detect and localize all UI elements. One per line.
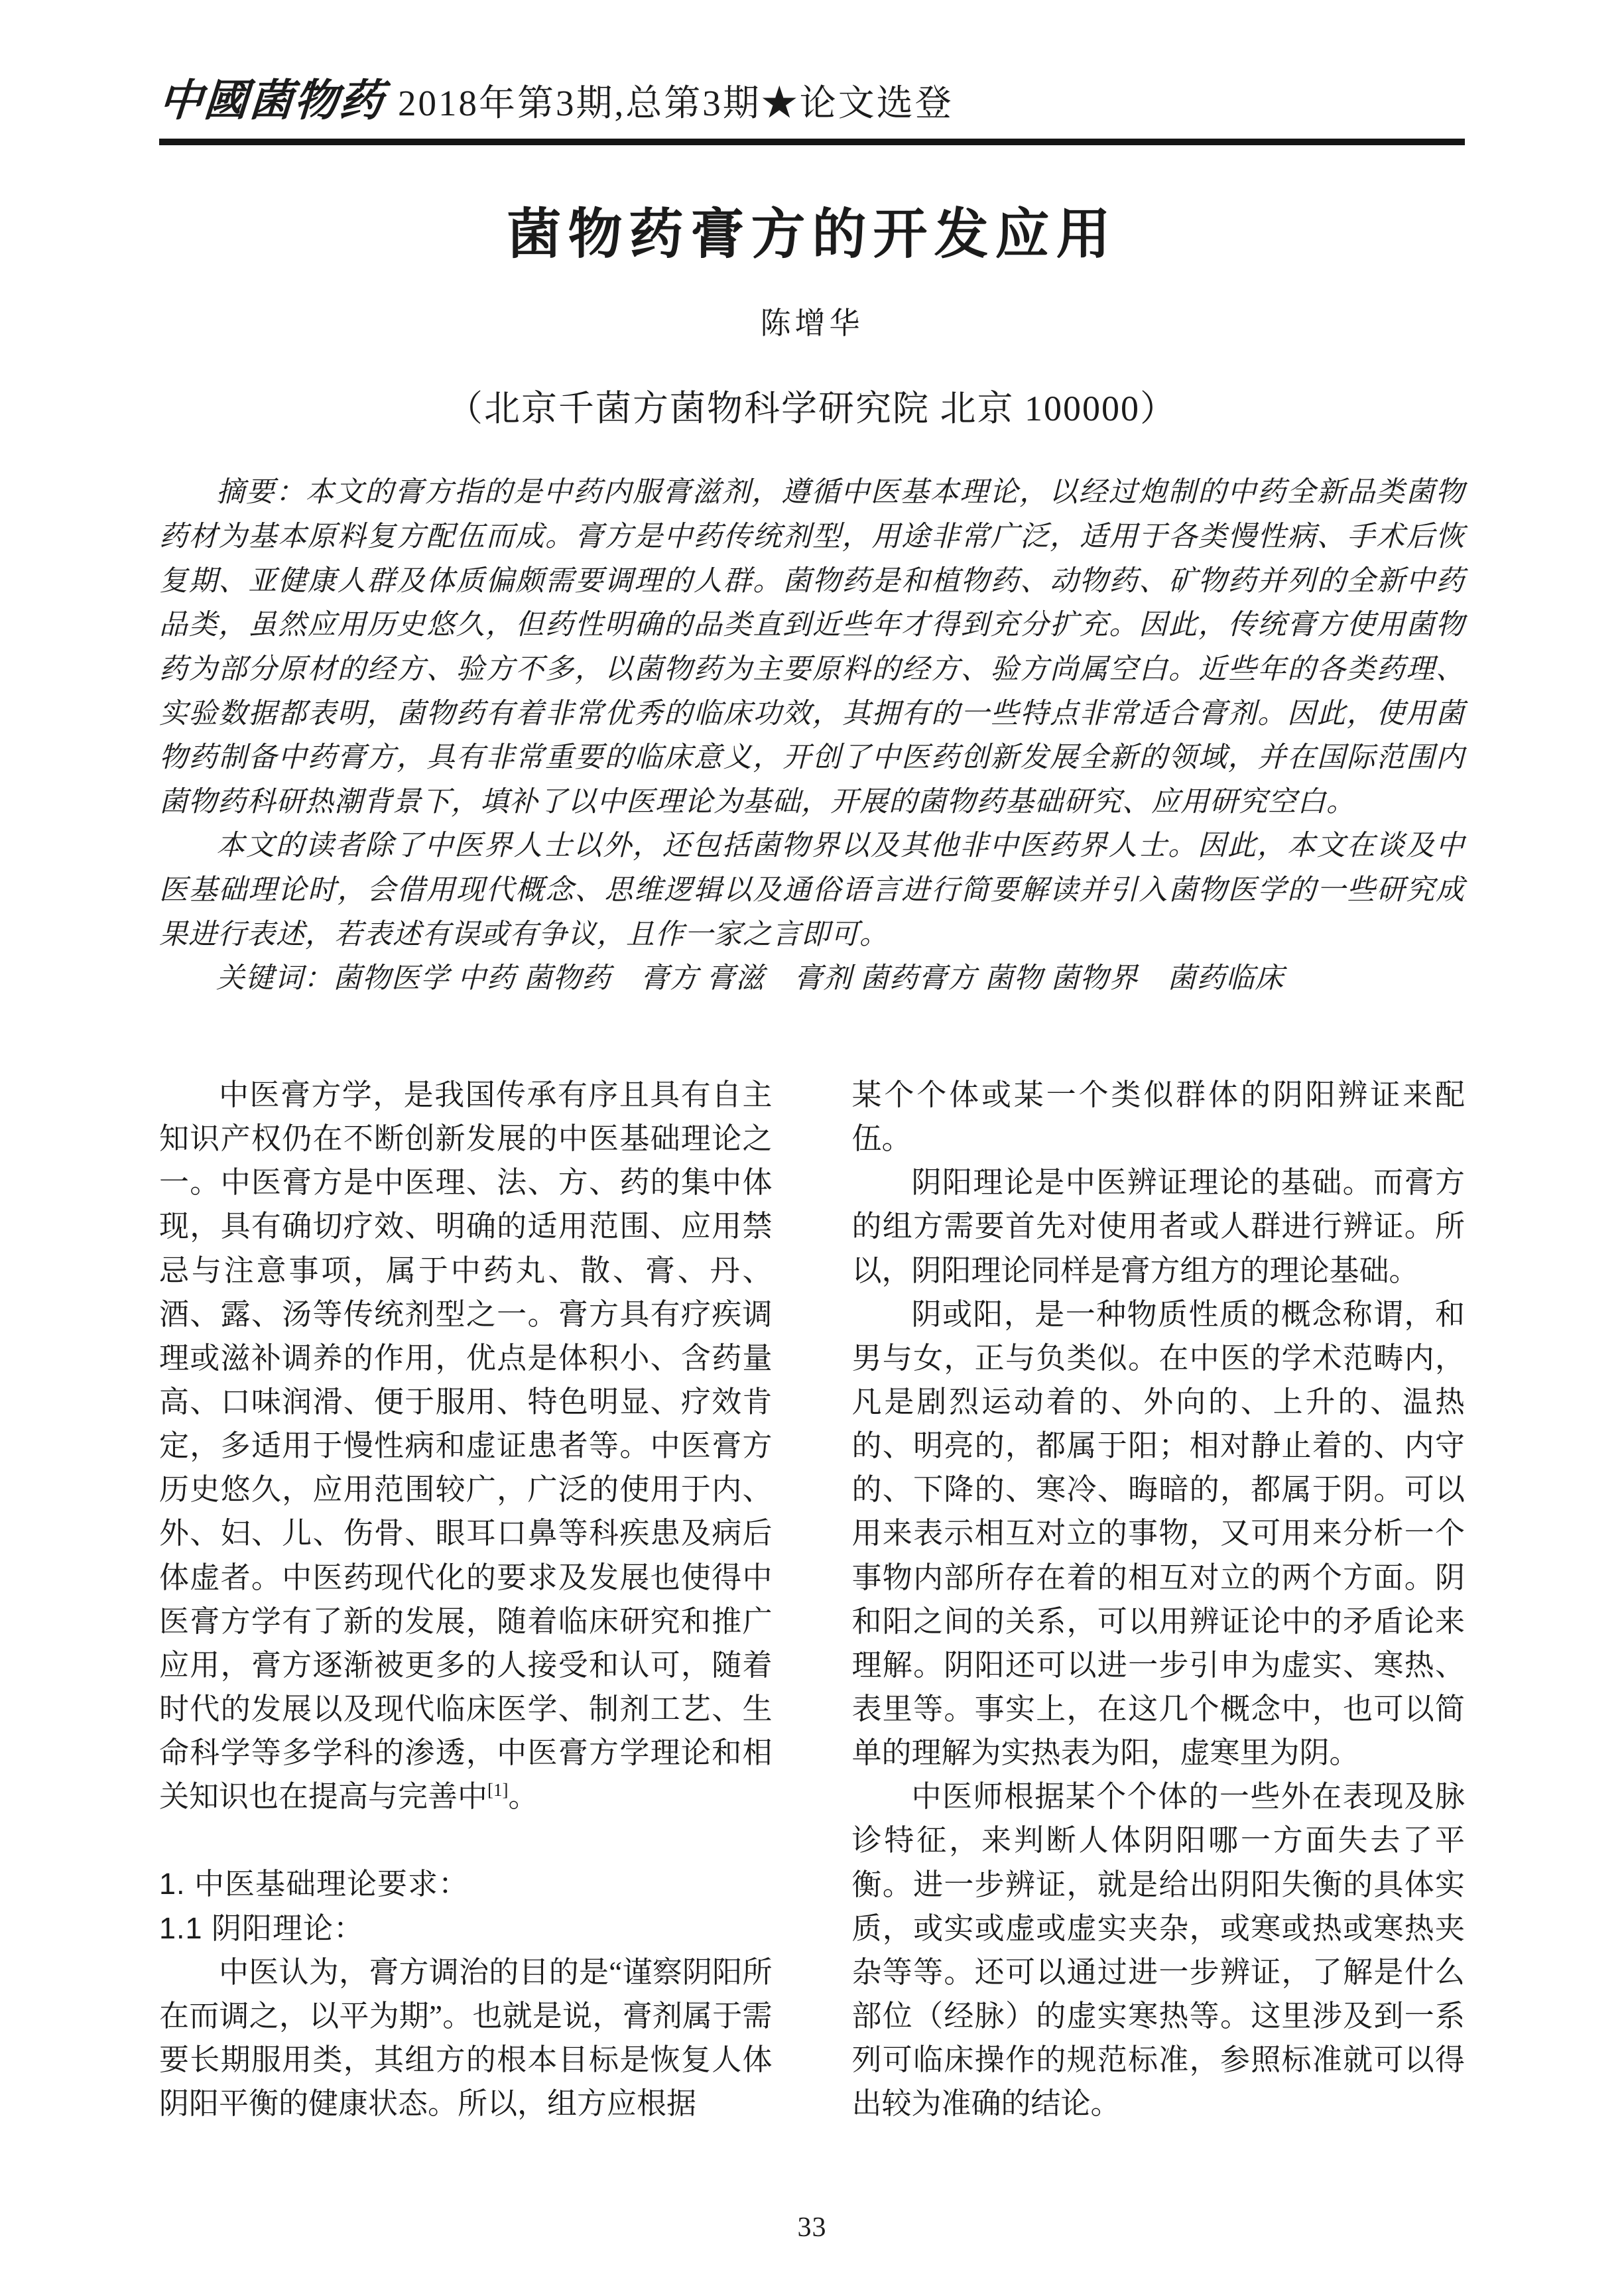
right-paragraph-1: 某个个体或某一个类似群体的阴阳辨证来配伍。 xyxy=(852,1073,1466,1161)
article-title: 菌物药膏方的开发应用 xyxy=(159,204,1465,266)
journal-issue-info: 2018年第3期,总第3期★论文选登 xyxy=(398,74,954,126)
left-paragraph-1-end: 。 xyxy=(509,1780,538,1813)
journal-header: 中國菌物药 2018年第3期,总第3期★论文选登 xyxy=(159,65,1465,145)
section-heading-1: 1. 中医基础理论要求： xyxy=(159,1862,773,1906)
page-footer: 33 xyxy=(0,2212,1624,2244)
left-column: 中医膏方学，是我国传承有序且具有自主知识产权仍在不断创新发展的中医基础理论之一。… xyxy=(159,1073,773,2125)
abstract-text-1: 本文的膏方指的是中药内服膏滋剂，遵循中医基本理论，以经过炮制的中药全新品类菌物药… xyxy=(159,477,1465,817)
section-heading-1-1: 1.1 阴阳理论： xyxy=(159,1907,773,1950)
reference-mark-1: [1] xyxy=(487,1780,508,1800)
keywords-line: 关键词：菌物医学 中药 菌物药 膏方 膏滋 膏剂 菌药膏方 菌物 菌物界 菌药临… xyxy=(159,957,1465,1001)
article-author: 陈增华 xyxy=(159,299,1465,343)
journal-page: 中國菌物药 2018年第3期,总第3期★论文选登 菌物药膏方的开发应用 陈增华 … xyxy=(0,0,1624,2278)
right-paragraph-4: 中医师根据某个个体的一些外在表现及脉诊特征，来判断人体阴阳哪一方面失去了平衡。进… xyxy=(852,1775,1466,2125)
abstract-paragraph-1: 摘要：本文的膏方指的是中药内服膏滋剂，遵循中医基本理论，以经过炮制的中药全新品类… xyxy=(159,471,1465,824)
right-paragraph-2: 阴阳理论是中医辨证理论的基础。而膏方的组方需要首先对使用者或人群进行辨证。所以，… xyxy=(852,1161,1466,1292)
page-number: 33 xyxy=(798,2212,827,2243)
left-paragraph-1: 中医膏方学，是我国传承有序且具有自主知识产权仍在不断创新发展的中医基础理论之一。… xyxy=(159,1073,773,1818)
body-columns: 中医膏方学，是我国传承有序且具有自主知识产权仍在不断创新发展的中医基础理论之一。… xyxy=(159,1073,1465,2125)
keywords-text: 菌物医学 中药 菌物药 膏方 膏滋 膏剂 菌药膏方 菌物 菌物界 菌药临床 xyxy=(333,963,1284,994)
abstract-paragraph-2: 本文的读者除了中医界人士以外，还包括菌物界以及其他非中医药界人士。因此，本文在谈… xyxy=(159,824,1465,957)
right-column: 某个个体或某一个类似群体的阴阳辨证来配伍。 阴阳理论是中医辨证理论的基础。而膏方… xyxy=(852,1073,1466,2125)
journal-logo: 中國菌物药 xyxy=(157,65,387,128)
abstract-label: 摘要： xyxy=(216,477,306,508)
article-affiliation: （北京千菌方菌物科学研究院 北京 100000） xyxy=(159,380,1465,431)
left-paragraph-1-text: 中医膏方学，是我国传承有序且具有自主知识产权仍在不断创新发展的中医基础理论之一。… xyxy=(159,1078,773,1813)
header-rule xyxy=(159,139,1465,145)
left-paragraph-2: 中医认为，膏方调治的目的是“谨察阴阳所在而调之，以平为期”。也就是说，膏剂属于需… xyxy=(159,1950,773,2126)
journal-header-line: 中國菌物药 2018年第3期,总第3期★论文选登 xyxy=(159,65,1465,128)
abstract-section: 摘要：本文的膏方指的是中药内服膏滋剂，遵循中医基本理论，以经过炮制的中药全新品类… xyxy=(159,471,1465,1001)
right-paragraph-3: 阴或阳，是一种物质性质的概念称谓，和男与女，正与负类似。在中医的学术范畴内，凡是… xyxy=(852,1293,1466,1775)
keywords-label: 关键词： xyxy=(216,963,333,994)
